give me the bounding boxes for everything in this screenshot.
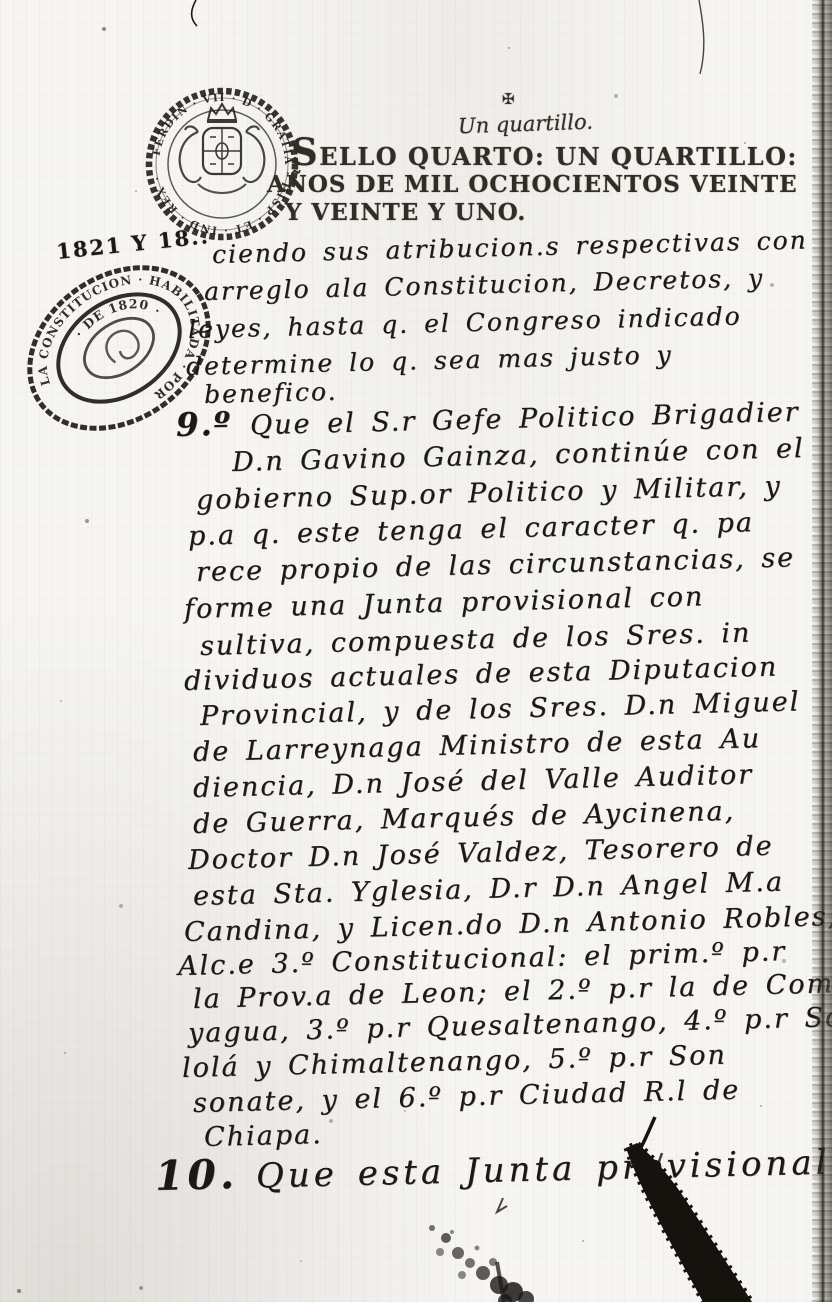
paragraph-marker-9: 9.º	[176, 405, 233, 444]
lion-left-icon	[180, 126, 201, 182]
sello-line-3: Y VEINTE Y UNO.	[285, 199, 526, 226]
royal-seal-stamp: FERDIN · VII · D · GRATIA · HISP · ET · …	[136, 80, 308, 248]
ink-smudge-trail	[429, 1198, 534, 1302]
cross-icon: ✠	[502, 90, 515, 108]
seal-base-flourish	[198, 184, 246, 193]
manuscript-page: FERDIN · VII · D · GRATIA · HISP · ET · …	[0, 0, 832, 1302]
manuscript-line: arreglo ala Constitucion, Decretos, y	[204, 263, 765, 306]
shield-icon	[203, 128, 241, 174]
royal-seal-graphic: FERDIN · VII · D · GRATIA · HISP · ET · …	[136, 80, 308, 248]
sello-line-2: AÑOS DE MIL OCHOCIENTOS VEINTE	[267, 171, 798, 198]
crown-icon	[207, 104, 237, 122]
manuscript-line: determine lo q. sea mas justo y	[186, 340, 673, 381]
paragraph-marker-10: 10.	[154, 1150, 238, 1200]
stray-pen-mark	[192, 0, 197, 26]
page-edge-shadow	[812, 0, 832, 1302]
stamp-center-scribble	[100, 325, 144, 368]
manuscript-line-text: Que esta Junta provisional	[256, 1142, 831, 1196]
sello-line-1: SELLO QUARTO: UN QUARTILLO:	[291, 139, 798, 169]
manuscript-line: leyes, hasta q. el Congreso indicado	[188, 301, 742, 344]
lion-right-icon	[243, 126, 264, 182]
manuscript-line: forme una Junta provisional con	[184, 581, 705, 625]
header-annotation: Un quartillo.	[458, 110, 594, 139]
paper-speckles	[0, 0, 2, 2]
stray-pen-mark	[699, 0, 704, 74]
